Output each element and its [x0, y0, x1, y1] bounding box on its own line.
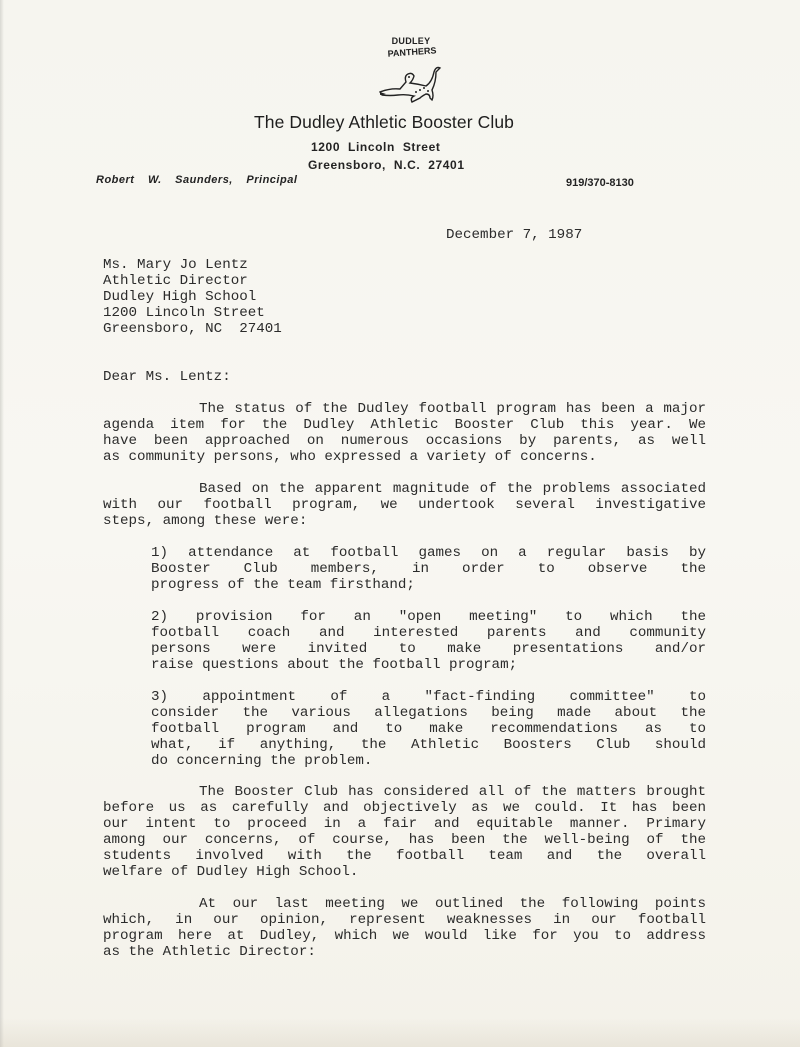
- step-item-1: 1) attendance at football games on a reg…: [151, 545, 706, 593]
- recipient-name: Ms. Mary Jo Lentz: [103, 257, 282, 273]
- logo-text-top: DUDLEY: [386, 36, 436, 46]
- phone-number: 919/370-8130: [566, 177, 634, 189]
- text-line: our intent to proceed in a fair and equi…: [103, 816, 706, 832]
- text-line: do concerning the problem.: [151, 753, 706, 769]
- text-line: persons were invited to make presentatio…: [151, 641, 706, 657]
- paragraph-weaknesses-intro: At our last meeting we outlined the foll…: [103, 896, 706, 960]
- address-line-1: 1200 Lincoln Street: [311, 140, 440, 154]
- text-line: what, if anything, the Athletic Boosters…: [151, 737, 706, 753]
- text-line: among our concerns, of course, has been …: [103, 832, 706, 848]
- recipient-address-block: Ms. Mary Jo Lentz Athletic Director Dudl…: [103, 257, 282, 337]
- panther-logo: DUDLEY PANTHERS: [370, 36, 450, 108]
- page-stain: [0, 1017, 800, 1047]
- paragraph-steps-intro: Based on the apparent magnitude of the p…: [103, 481, 706, 529]
- text-line: raise questions about the football progr…: [151, 657, 706, 673]
- text-line: which, in our opinion, represent weaknes…: [103, 912, 706, 928]
- panther-icon: [376, 58, 442, 106]
- text-line: progress of the team firsthand;: [151, 577, 706, 593]
- text-line: welfare of Dudley High School.: [103, 864, 706, 880]
- recipient-street: 1200 Lincoln Street: [103, 305, 282, 321]
- text-line: agenda item for the Dudley Athletic Boos…: [103, 417, 706, 433]
- text-line: have been approached on numerous occasio…: [103, 433, 706, 449]
- text-line: The Booster Club has considered all of t…: [103, 784, 706, 800]
- text-line: program here at Dudley, which we would l…: [103, 928, 706, 944]
- text-line: At our last meeting we outlined the foll…: [103, 896, 706, 912]
- step-item-3: 3) appointment of a "fact-finding commit…: [151, 689, 706, 769]
- text-line: steps, among these were:: [103, 513, 706, 529]
- address-line-2: Greensboro, N.C. 27401: [308, 158, 465, 172]
- text-line: before us as carefully and objectively a…: [103, 800, 706, 816]
- text-line: The status of the Dudley football progra…: [103, 401, 706, 417]
- text-line: 1) attendance at football games on a reg…: [151, 545, 706, 561]
- page-edge-shadow: [0, 0, 4, 1047]
- principal-name: Robert W. Saunders, Principal: [96, 174, 297, 186]
- paragraph-considerations: The Booster Club has considered all of t…: [103, 784, 706, 880]
- letter-date: December 7, 1987: [446, 227, 582, 243]
- text-line: Based on the apparent magnitude of the p…: [103, 481, 706, 497]
- letter-page: DUDLEY PANTHERS The Dudley Athletic Boos…: [0, 0, 800, 1047]
- text-line: students involved with the football team…: [103, 848, 706, 864]
- recipient-city: Greensboro, NC 27401: [103, 321, 282, 337]
- text-line: football program and to make recommendat…: [151, 721, 706, 737]
- text-line: consider the various allegations being m…: [151, 705, 706, 721]
- step-item-2: 2) provision for an "open meeting" to wh…: [151, 609, 706, 673]
- text-line: football coach and interested parents an…: [151, 625, 706, 641]
- text-line: as the Athletic Director:: [103, 944, 706, 960]
- text-line: with our football program, we undertook …: [103, 497, 706, 513]
- recipient-title: Athletic Director: [103, 273, 282, 289]
- text-line: 2) provision for an "open meeting" to wh…: [151, 609, 706, 625]
- text-line: Booster Club members, in order to observ…: [151, 561, 706, 577]
- paragraph-intro: The status of the Dudley football progra…: [103, 401, 706, 465]
- text-line: 3) appointment of a "fact-finding commit…: [151, 689, 706, 705]
- text-line: as community persons, who expressed a va…: [103, 449, 706, 465]
- recipient-school: Dudley High School: [103, 289, 282, 305]
- organization-name: The Dudley Athletic Booster Club: [254, 112, 514, 133]
- salutation: Dear Ms. Lentz:: [103, 369, 231, 385]
